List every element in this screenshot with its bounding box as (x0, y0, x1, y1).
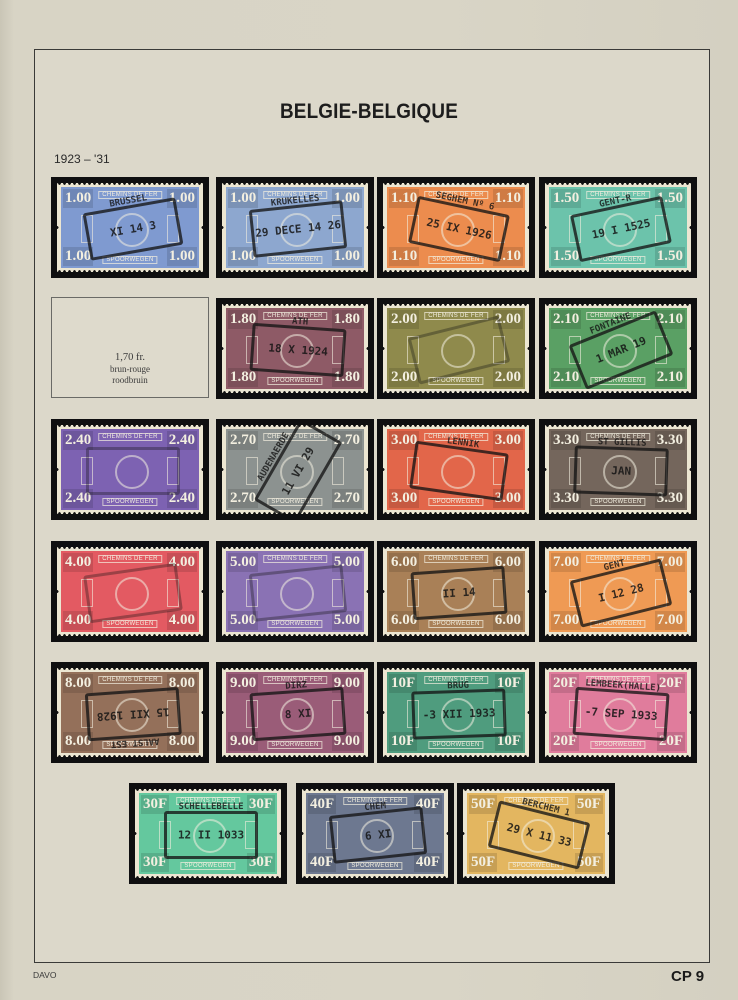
postmark-date: II 14 (414, 583, 503, 602)
railway-parcel-stamp: 4.004.004.004.00CHEMINS DE FERSPOORWEGEN (57, 547, 203, 636)
railway-parcel-stamp: 1.101.101.101.10CHEMINS DE FERSPOORWEGEN… (383, 183, 529, 272)
railway-parcel-stamp: 8.008.008.008.00CHEMINS DE FERSPOORWEGEN… (57, 668, 203, 757)
empty-stamp-slot[interactable]: 1,70 fr. brun-rouge roodbruin (51, 297, 209, 398)
stamp-banner-bottom: SPOORWEGEN (428, 741, 483, 749)
postmark-cancel: ST GILLISJAN (573, 445, 669, 496)
period-label: 1923 – '31 (54, 152, 110, 166)
stamp-design: 2.702.702.702.70CHEMINS DE FERSPOORWEGEN… (226, 429, 364, 510)
stamp-value: 4.00 (167, 611, 197, 630)
stamp-banner-bottom: SPOORWEGEN (428, 620, 483, 628)
railway-parcel-stamp: 6.006.006.006.00CHEMINS DE FERSPOORWEGEN… (383, 547, 529, 636)
stamp-mount[interactable]: 1.501.501.501.50CHEMINS DE FERSPOORWEGEN… (539, 177, 697, 278)
postmark-date: 29 DECE 14 26 (253, 218, 342, 240)
stamp-design: 1.501.501.501.50CHEMINS DE FERSPOORWEGEN… (549, 187, 687, 268)
stamp-mount[interactable]: 1.101.101.101.10CHEMINS DE FERSPOORWEGEN… (377, 177, 535, 278)
stamp-design: 7.007.007.007.00CHEMINS DE FERSPOORWEGEN… (549, 551, 687, 632)
postmark-station: BRUG (414, 679, 503, 692)
postmark-date: 12 II 1033 (167, 828, 255, 841)
postmark-cancel: LEMBEEK(HALLE)-7 SEP 1933 (572, 687, 669, 742)
stamp-banner-bottom: SPOORWEGEN (428, 498, 483, 506)
railway-parcel-stamp: 10F10F10F10FCHEMINS DE FERSPOORWEGENBRUG… (383, 668, 529, 757)
stamp-mount[interactable]: 1.801.801.801.80CHEMINS DE FERSPOORWEGEN… (216, 298, 374, 399)
stamp-banner-bottom: SPOORWEGEN (267, 256, 322, 264)
postmark-cancel: KRUKELLES29 DECE 14 26 (249, 200, 348, 258)
postmark-cancel: ATH18 X 1924 (249, 323, 346, 378)
page-number: CP 9 (671, 968, 704, 985)
postmark-cancel (249, 564, 348, 622)
stamp-design: 30F30F30F30FCHEMINS DE FERSPOORWEGENSCHE… (139, 793, 277, 874)
stamp-design: 50F50F50F50FCHEMINS DE FERSPOORWEGENBERC… (467, 793, 605, 874)
stamp-value: 7.00 (551, 611, 581, 630)
stamp-value: 50F (469, 853, 497, 872)
stamp-value: 3.00 (389, 489, 419, 508)
stamp-design: 6.006.006.006.00CHEMINS DE FERSPOORWEGEN… (387, 551, 525, 632)
postmark-cancel: CHEM6 XI (329, 806, 428, 864)
postmark-date: 25 IX 1926 (414, 213, 503, 244)
postmark-date: -7 SEP 1933 (576, 704, 665, 723)
stamp-design: 1.001.001.001.00CHEMINS DE FERSPOORWEGEN… (61, 187, 199, 268)
stamp-mount[interactable]: 1.001.001.001.00CHEMINS DE FERSPOORWEGEN… (216, 177, 374, 278)
postmark-cancel: BRUG-3 XII 1933 (411, 688, 507, 739)
stamp-mount[interactable]: 2.102.102.102.10CHEMINS DE FERSPOORWEGEN… (539, 298, 697, 399)
stamp-value: 1.00 (167, 247, 197, 266)
railway-parcel-stamp: 2.402.402.402.40CHEMINS DE FERSPOORWEGEN (57, 425, 203, 514)
postmark-date: 15 XII 1928 (88, 704, 177, 723)
stamp-banner-bottom: SPOORWEGEN (102, 620, 157, 628)
stamp-mount[interactable]: 7.007.007.007.00CHEMINS DE FERSPOORWEGEN… (539, 541, 697, 642)
stamp-mount[interactable]: 50F50F50F50FCHEMINS DE FERSPOORWEGENBERC… (457, 783, 615, 884)
postmark-date: I 12 28 (577, 576, 666, 610)
empty-slot-value: 1,70 fr. (52, 352, 208, 363)
stamp-value: 50F (469, 795, 497, 814)
stamp-value: 4.00 (63, 553, 93, 572)
postmark-date: -3 XII 1933 (415, 706, 504, 722)
postmark-station: ST GILLIS (578, 436, 667, 449)
stamp-design: 8.008.008.008.00CHEMINS DE FERSPOORWEGEN… (61, 672, 199, 753)
stamp-value: 8.00 (63, 674, 93, 693)
railway-parcel-stamp: 2.702.702.702.70CHEMINS DE FERSPOORWEGEN… (222, 425, 368, 514)
stamp-value: 5.00 (332, 611, 362, 630)
railway-parcel-stamp: 40F40F40F40FCHEMINS DE FERSPOORWEGENCHEM… (302, 789, 448, 878)
stamp-design: 2.402.402.402.40CHEMINS DE FERSPOORWEGEN (61, 429, 199, 510)
publisher-label: DAVO (33, 970, 56, 980)
stamp-design: 2.102.102.102.10CHEMINS DE FERSPOORWEGEN… (549, 308, 687, 389)
stamp-value: 6.00 (389, 553, 419, 572)
stamp-value: 7.00 (655, 611, 685, 630)
stamp-banner-top: CHEMINS DE FER (98, 433, 162, 441)
stamp-design: 20F20F20F20FCHEMINS DE FERSPOORWEGENLEMB… (549, 672, 687, 753)
stamp-banner-top: CHEMINS DE FER (424, 555, 488, 563)
railway-parcel-stamp: 3.003.003.003.00CHEMINS DE FERSPOORWEGEN… (383, 425, 529, 514)
railway-parcel-stamp: 1.501.501.501.50CHEMINS DE FERSPOORWEGEN… (545, 183, 691, 272)
stamp-mount[interactable]: 2.402.402.402.40CHEMINS DE FERSPOORWEGEN (51, 419, 209, 520)
stamp-mount[interactable]: 40F40F40F40FCHEMINS DE FERSPOORWEGENCHEM… (296, 783, 454, 884)
postmark-cancel (86, 447, 180, 495)
stamp-value: 2.00 (389, 310, 419, 329)
postmark-station: SCHELLEBELLE (167, 802, 255, 812)
stamp-banner-top: CHEMINS DE FER (263, 555, 327, 563)
stamp-design: 1.101.101.101.10CHEMINS DE FERSPOORWEGEN… (387, 187, 525, 268)
stamp-design: 3.303.303.303.30CHEMINS DE FERSPOORWEGEN… (549, 429, 687, 510)
railway-parcel-stamp: 1.801.801.801.80CHEMINS DE FERSPOORWEGEN… (222, 304, 368, 393)
railway-parcel-stamp: 20F20F20F20FCHEMINS DE FERSPOORWEGENLEMB… (545, 668, 691, 757)
empty-slot-description: 1,70 fr. brun-rouge roodbruin (52, 352, 208, 386)
stamp-mount[interactable]: 8.008.008.008.00CHEMINS DE FERSPOORWEGEN… (51, 662, 209, 763)
stamp-design: 4.004.004.004.00CHEMINS DE FERSPOORWEGEN (61, 551, 199, 632)
postmark-cancel: SCHELLEBELLE12 II 1033 (164, 811, 258, 859)
postmark-date: 18 X 1924 (253, 340, 342, 359)
stamp-design: 2.002.002.002.00CHEMINS DE FERSPOORWEGEN (387, 308, 525, 389)
postmark-date: JAN (577, 463, 666, 479)
stamp-value: 1.50 (655, 247, 685, 266)
railway-parcel-stamp: 50F50F50F50FCHEMINS DE FERSPOORWEGENBERC… (463, 789, 609, 878)
railway-parcel-stamp: 5.005.005.005.00CHEMINS DE FERSPOORWEGEN (222, 547, 368, 636)
stamp-value: 2.00 (493, 368, 523, 387)
stamp-design: 40F40F40F40FCHEMINS DE FERSPOORWEGENCHEM… (306, 793, 444, 874)
empty-slot-color-nl: roodbruin (112, 375, 148, 385)
side-shield-icon (332, 457, 344, 485)
page-title: BELGIE-BELGIQUE (37, 100, 701, 124)
stamp-mount[interactable]: 3.003.003.003.00CHEMINS DE FERSPOORWEGEN… (377, 419, 535, 520)
stamp-design: 3.003.003.003.00CHEMINS DE FERSPOORWEGEN… (387, 429, 525, 510)
railway-parcel-stamp: 2.002.002.002.00CHEMINS DE FERSPOORWEGEN (383, 304, 529, 393)
stamp-mount[interactable]: 10F10F10F10FCHEMINS DE FERSPOORWEGENBRUG… (377, 662, 535, 763)
railway-parcel-stamp: 9.009.009.009.00CHEMINS DE FERSPOORWEGEN… (222, 668, 368, 757)
postmark-date: 29 X 11 33 (495, 818, 584, 852)
railway-parcel-stamp: 7.007.007.007.00CHEMINS DE FERSPOORWEGEN… (545, 547, 691, 636)
postmark-cancel: DIRZ8 XI (249, 687, 346, 742)
stamp-banner-top: CHEMINS DE FER (424, 312, 488, 320)
stamp-mount[interactable]: 2.002.002.002.00CHEMINS DE FERSPOORWEGEN (377, 298, 535, 399)
stamp-mount[interactable]: 3.303.303.303.30CHEMINS DE FERSPOORWEGEN… (539, 419, 697, 520)
stamp-banner-top: CHEMINS DE FER (98, 676, 162, 684)
stamp-banner-bottom: SPOORWEGEN (102, 498, 157, 506)
railway-parcel-stamp: 30F30F30F30FCHEMINS DE FERSPOORWEGENSCHE… (135, 789, 281, 878)
stamp-value: 2.10 (655, 368, 685, 387)
stamp-mount[interactable]: 6.006.006.006.00CHEMINS DE FERSPOORWEGEN… (377, 541, 535, 642)
stamp-banner-bottom: SPOORWEGEN (267, 741, 322, 749)
postmark-date: XI 14 3 (88, 215, 177, 243)
stamp-design: 5.005.005.005.00CHEMINS DE FERSPOORWEGEN (226, 551, 364, 632)
postmark-station: LEMBEEK(HALLE) (579, 678, 668, 694)
stamp-value: 2.70 (228, 431, 258, 450)
postmark-date: 8 XI (253, 704, 342, 723)
stamp-mount[interactable]: 5.005.005.005.00CHEMINS DE FERSPOORWEGEN (216, 541, 374, 642)
stamp-value: 2.00 (389, 368, 419, 387)
stamp-value: 1.10 (389, 189, 419, 208)
stamp-banner-bottom: SPOORWEGEN (267, 377, 322, 385)
railway-parcel-stamp: 1.001.001.001.00CHEMINS DE FERSPOORWEGEN… (57, 183, 203, 272)
postmark-date: 19 I 1525 (576, 213, 665, 244)
stamp-mount[interactable]: 9.009.009.009.00CHEMINS DE FERSPOORWEGEN… (216, 662, 374, 763)
empty-slot-color-fr: brun-rouge (110, 364, 150, 374)
stamp-design: 1.001.001.001.00CHEMINS DE FERSPOORWEGEN… (226, 187, 364, 268)
stamp-value: 40F (414, 853, 442, 872)
railway-parcel-stamp: 2.102.102.102.10CHEMINS DE FERSPOORWEGEN… (545, 304, 691, 393)
stamp-banner-bottom: SPOORWEGEN (347, 862, 402, 870)
postmark-date: 6 XI (333, 824, 422, 846)
stamp-value: 2.10 (551, 310, 581, 329)
stamp-banner-bottom: SPOORWEGEN (590, 498, 645, 506)
stamp-value: 5.00 (228, 553, 258, 572)
postmark-cancel: BERCHEM 129 X 11 33 (487, 800, 590, 869)
stamp-mount[interactable]: 30F30F30F30FCHEMINS DE FERSPOORWEGENSCHE… (129, 783, 287, 884)
stamp-mount[interactable]: 4.004.004.004.00CHEMINS DE FERSPOORWEGEN (51, 541, 209, 642)
railway-parcel-stamp: 1.001.001.001.00CHEMINS DE FERSPOORWEGEN… (222, 183, 368, 272)
stamp-design: 9.009.009.009.00CHEMINS DE FERSPOORWEGEN… (226, 672, 364, 753)
stamp-mount[interactable]: 20F20F20F20FCHEMINS DE FERSPOORWEGENLEMB… (539, 662, 697, 763)
railway-parcel-stamp: 3.303.303.303.30CHEMINS DE FERSPOORWEGEN… (545, 425, 691, 514)
postmark-cancel: AALST EST15 XII 1928 (84, 687, 181, 742)
stamp-banner-bottom: SPOORWEGEN (590, 741, 645, 749)
stamp-value: 1.00 (332, 247, 362, 266)
stamp-value: 2.70 (332, 489, 362, 508)
stamp-design: 10F10F10F10FCHEMINS DE FERSPOORWEGENBRUG… (387, 672, 525, 753)
stamp-value: 1.10 (389, 247, 419, 266)
stamp-mount[interactable]: 1.001.001.001.00CHEMINS DE FERSPOORWEGEN… (51, 177, 209, 278)
postmark-cancel: SEGHEM Nº 625 IX 1926 (408, 196, 510, 263)
postmark-date (415, 465, 502, 477)
postmark-cancel: II 14 (410, 566, 507, 621)
stamp-banner-top: CHEMINS DE FER (98, 555, 162, 563)
stamp-mount[interactable]: 2.702.702.702.70CHEMINS DE FERSPOORWEGEN… (216, 419, 374, 520)
stamp-value: 2.10 (551, 368, 581, 387)
stamp-banner-bottom: SPOORWEGEN (267, 620, 322, 628)
postmark-cancel: LENNIK (409, 440, 509, 501)
stamp-design: 1.801.801.801.80CHEMINS DE FERSPOORWEGEN… (226, 308, 364, 389)
stamp-banner-bottom: SPOORWEGEN (180, 862, 235, 870)
